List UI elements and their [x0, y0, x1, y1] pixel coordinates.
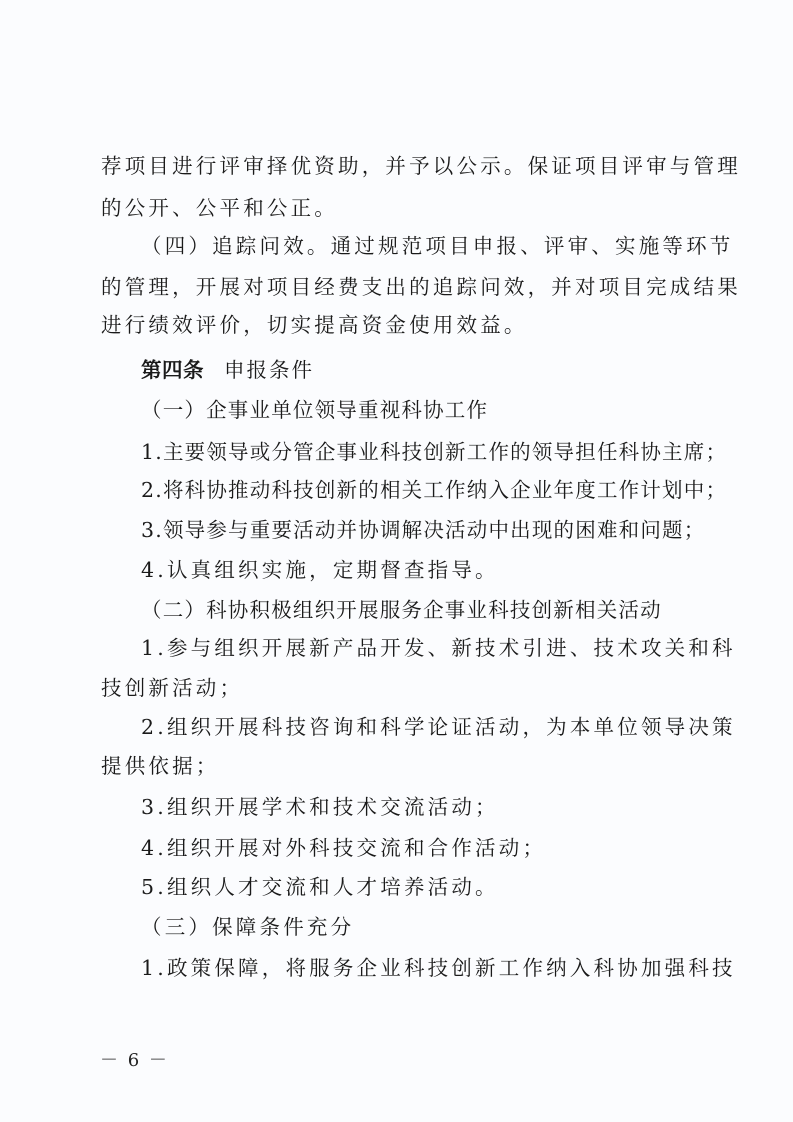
paragraph-line: （四）追踪问效。通过规范项目申报、评审、实施等环节 [141, 231, 731, 261]
list-item: 5.组织人才交流和人才培养活动。 [141, 872, 731, 902]
list-item: 3.组织开展学术和技术交流活动； [141, 792, 731, 822]
list-item: 2.组织开展科技咨询和科学论证活动，为本单位领导决策 [141, 712, 731, 742]
article-heading: 第四条申报条件 [141, 355, 731, 385]
section-heading: （二）科协积极组织开展服务企事业科技创新相关活动 [141, 595, 731, 625]
list-item: 4.组织开展对外科技交流和合作活动； [141, 833, 731, 863]
list-item: 提供依据； [101, 751, 691, 781]
list-item: 3.领导参与重要活动并协调解决活动中出现的困难和问题； [141, 515, 731, 545]
section-heading: （一）企事业单位领导重视科协工作 [141, 395, 731, 425]
list-item: 2.将科协推动科技创新的相关工作纳入企业年度工作计划中； [141, 475, 731, 505]
list-item: 1.参与组织开展新产品开发、新技术引进、技术攻关和科 [141, 633, 731, 663]
paragraph-line: 的公开、公平和公正。 [101, 193, 691, 223]
list-item: 1.主要领导或分管企事业科技创新工作的领导担任科协主席； [141, 437, 731, 467]
list-item: 4.认真组织实施，定期督查指导。 [141, 555, 731, 585]
page-number: － 6 － [100, 1046, 169, 1072]
list-item: 技创新活动； [101, 673, 691, 703]
article-number: 第四条 [141, 358, 204, 382]
paragraph-line: 进行绩效评价，切实提高资金使用效益。 [101, 310, 691, 340]
paragraph-line: 的管理，开展对项目经费支出的追踪问效，并对项目完成结果 [101, 272, 691, 302]
document-page: 荐项目进行评审择优资助，并予以公示。保证项目评审与管理 的公开、公平和公正。 （… [0, 0, 793, 1122]
list-item: 1.政策保障，将服务企业科技创新工作纳入科协加强科技 [141, 953, 731, 983]
article-title: 申报条件 [224, 358, 314, 382]
paragraph-line: 荐项目进行评审择优资助，并予以公示。保证项目评审与管理 [101, 151, 691, 181]
section-heading: （三）保障条件充分 [141, 912, 731, 942]
